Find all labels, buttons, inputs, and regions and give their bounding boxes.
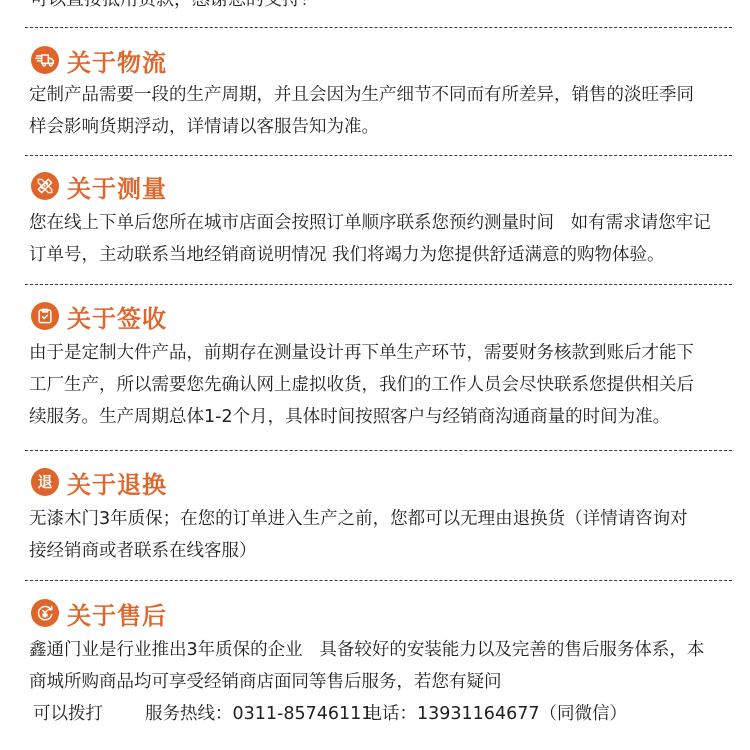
body-line: 无漆木门3年质保；在您的订单进入生产之前，您都可以无理由退换货（详情请咨询对 — [29, 503, 734, 535]
section-title: 关于物流 — [67, 43, 167, 78]
return-icon: 退 — [31, 468, 59, 496]
section-body: 定制产品需要一段的生产周期，并且会因为生产细节不同而有所差异，销售的淡旺季同 样… — [29, 79, 734, 143]
section-body: 由于是定制大件产品，前期存在测量设计再下单生产环节，需要财务核款到账后才能下 工… — [29, 337, 734, 433]
body-line: 样会影响货期浮动，详情请以客服告知为准。 — [29, 111, 734, 143]
contact-prefix: 可以拨打 — [33, 698, 145, 730]
section-heading: 关于测量 — [31, 170, 167, 202]
contact-line: 可以拨打 服务热线： 0311-85746111 电话： 13931164677… — [29, 698, 734, 730]
truck-icon — [31, 46, 59, 74]
section-heading: 关于物流 — [31, 44, 167, 76]
body-line: 由于是定制大件产品，前期存在测量设计再下单生产环节，需要财务核款到账后才能下 — [29, 337, 734, 369]
dashed-divider — [25, 580, 732, 581]
body-line: 商城所购商品均可享受经销商店面同等售后服务，若您有疑问 — [29, 666, 734, 698]
section-body: 无漆木门3年质保；在您的订单进入生产之前，您都可以无理由退换货（详情请咨询对 接… — [29, 503, 734, 567]
section-body: 您在线上下单后您所在城市店面会按照订单顺序联系您预约测量时间 如有需求请您牢记 … — [29, 207, 734, 271]
section-body: 鑫通门业是行业推出3年质保的企业 具备较好的安装能力以及完善的售后服务体系，本 … — [29, 634, 734, 730]
ruler-pencil-icon — [31, 172, 59, 200]
body-line: 续服务。生产周期总体1-2个月，具体时间按照客户与经销商沟通商量的时间为准。 — [29, 401, 734, 433]
phone-note: （同微信） — [539, 698, 627, 730]
after-sales-icon — [31, 599, 59, 627]
body-line: 定制产品需要一段的生产周期，并且会因为生产细节不同而有所差异，销售的淡旺季同 — [29, 79, 734, 111]
body-line: 您在线上下单后您所在城市店面会按照订单顺序联系您预约测量时间 如有需求请您牢记 — [29, 207, 734, 239]
return-glyph: 退 — [37, 475, 52, 490]
section-title: 关于签收 — [67, 299, 167, 334]
section-heading: 关于售后 — [31, 597, 167, 629]
section-title: 关于测量 — [67, 169, 167, 204]
section-title: 关于退换 — [67, 465, 167, 500]
body-line: 订单号，主动联系当地经销商说明情况 我们将竭力为您提供舒适满意的购物体验。 — [29, 239, 734, 271]
dashed-divider — [25, 27, 732, 28]
hotline-number[interactable]: 0311-85746111 — [233, 698, 365, 730]
previous-section-tail: 可以直接抵用货款，感谢您的支持！ — [30, 0, 318, 12]
body-line: 工厂生产，所以需要您先确认网上虚拟收货，我们的工作人员会尽快联系您提供相关后 — [29, 369, 734, 401]
hotline-label: 服务热线： — [145, 698, 233, 730]
body-line: 鑫通门业是行业推出3年质保的企业 具备较好的安装能力以及完善的售后服务体系，本 — [29, 634, 734, 666]
phone-number[interactable]: 13931164677 — [417, 698, 539, 730]
dashed-divider — [25, 284, 732, 285]
section-heading: 关于签收 — [31, 300, 167, 332]
body-line: 接经销商或者联系在线客服） — [29, 535, 734, 567]
dashed-divider — [25, 450, 732, 451]
section-title: 关于售后 — [67, 596, 167, 631]
section-heading: 退 关于退换 — [31, 466, 167, 498]
phone-label: 电话： — [365, 698, 418, 730]
clipboard-check-icon — [31, 302, 59, 330]
dashed-divider — [25, 155, 732, 156]
